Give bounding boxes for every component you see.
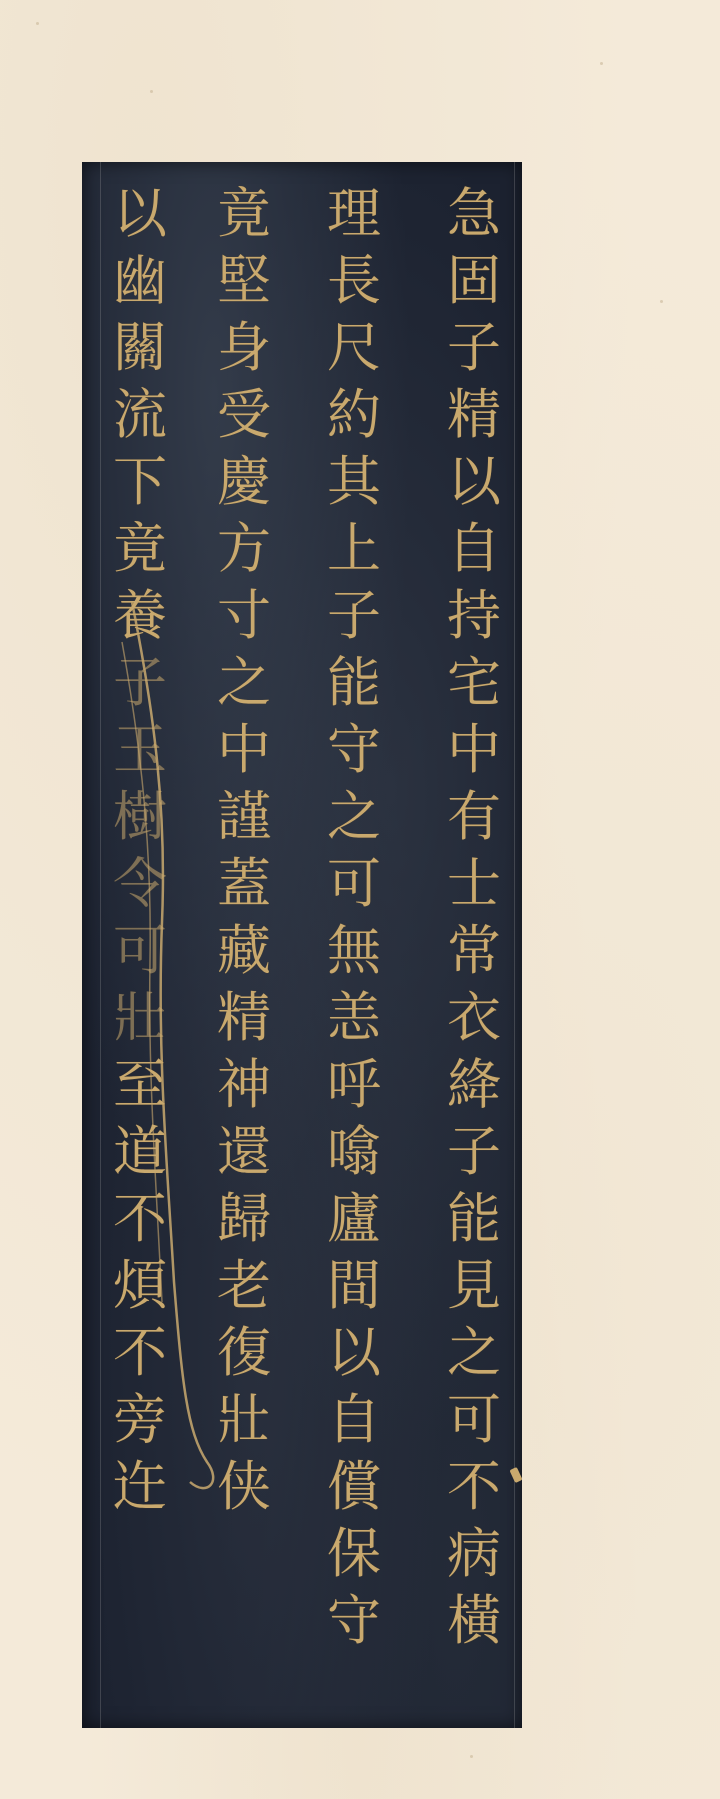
character: 以 [100,180,180,247]
character: 守 [314,1587,394,1654]
character: 之 [204,649,284,716]
character: 長 [314,247,394,314]
character: 其 [314,448,394,515]
character: 恙 [314,984,394,1051]
character: 持 [434,582,514,649]
character: 竟 [100,515,180,582]
character: 能 [314,649,394,716]
character: 可 [434,1386,514,1453]
character: 迕 [100,1453,180,1520]
paper-speck [470,1755,473,1758]
character: 道 [100,1118,180,1185]
character: 固 [434,247,514,314]
character: 約 [314,381,394,448]
character: 間 [314,1252,394,1319]
character: 見 [434,1252,514,1319]
character: 中 [434,716,514,783]
character: 關 [100,314,180,381]
character: 子 [314,582,394,649]
character: 有 [434,783,514,850]
character: 以 [434,448,514,515]
character: 急 [434,180,514,247]
character: 理 [314,180,394,247]
character: 上 [314,515,394,582]
character: 不 [100,1185,180,1252]
character: 旁 [100,1386,180,1453]
stele-rubbing: 急 固 子 精 以 自 持 宅 中 有 士 常 衣 絳 子 能 見 之 可 不 … [82,162,522,1728]
character: 宅 [434,649,514,716]
character: 之 [314,783,394,850]
character: 衣 [434,984,514,1051]
character: 不 [434,1453,514,1520]
character: 受 [204,381,284,448]
character-damaged: 玉 [100,716,180,783]
character: 藏 [204,917,284,984]
character: 士 [434,850,514,917]
character: 保 [314,1520,394,1587]
character: 慶 [204,448,284,515]
character: 噏 [314,1118,394,1185]
character: 自 [434,515,514,582]
character: 養 [100,582,180,649]
character: 壯 [204,1386,284,1453]
character: 身 [204,314,284,381]
character: 精 [204,984,284,1051]
character: 子 [434,314,514,381]
character: 子 [434,1118,514,1185]
character: 以 [314,1319,394,1386]
character: 常 [434,917,514,984]
character: 自 [314,1386,394,1453]
character: 守 [314,716,394,783]
character: 還 [204,1118,284,1185]
character-damaged: 子 [100,649,180,716]
character: 尺 [314,314,394,381]
character-damaged: 樹 [100,783,180,850]
character: 方 [204,515,284,582]
character: 病 [434,1520,514,1587]
character: 煩 [100,1252,180,1319]
character: 至 [100,1051,180,1118]
paper-speck [600,62,603,65]
character: 呼 [314,1051,394,1118]
character: 償 [314,1453,394,1520]
text-column-3: 竟 堅 身 受 慶 方 寸 之 中 謹 蓋 藏 精 神 還 歸 老 復 壯 侠 [204,180,284,1520]
character-damaged: 令 [100,850,180,917]
paper-speck [36,22,39,25]
character: 橫 [434,1587,514,1654]
text-column-1: 急 固 子 精 以 自 持 宅 中 有 士 常 衣 絳 子 能 見 之 可 不 … [434,180,514,1654]
character: 下 [100,448,180,515]
character: 老 [204,1252,284,1319]
character: 絳 [434,1051,514,1118]
character: 精 [434,381,514,448]
character: 能 [434,1185,514,1252]
text-column-4: 以 幽 關 流 下 竟 養 子 玉 樹 令 可 壯 至 道 不 煩 不 旁 迕 [100,180,180,1520]
paper-speck [150,90,153,93]
character: 不 [100,1319,180,1386]
character: 復 [204,1319,284,1386]
character: 無 [314,917,394,984]
character: 謹 [204,783,284,850]
paper-speck [660,300,663,303]
character: 侠 [204,1453,284,1520]
rubbing-border-line [514,162,515,1728]
character: 堅 [204,247,284,314]
character: 中 [204,716,284,783]
character: 竟 [204,180,284,247]
character: 神 [204,1051,284,1118]
character: 之 [434,1319,514,1386]
character: 幽 [100,247,180,314]
character: 可 [314,850,394,917]
character: 流 [100,381,180,448]
character: 蓋 [204,850,284,917]
character: 廬 [314,1185,394,1252]
character: 寸 [204,582,284,649]
character-damaged: 壯 [100,984,180,1051]
character: 歸 [204,1185,284,1252]
character-damaged: 可 [100,917,180,984]
text-column-2: 理 長 尺 約 其 上 子 能 守 之 可 無 恙 呼 噏 廬 間 以 自 償 … [314,180,394,1654]
